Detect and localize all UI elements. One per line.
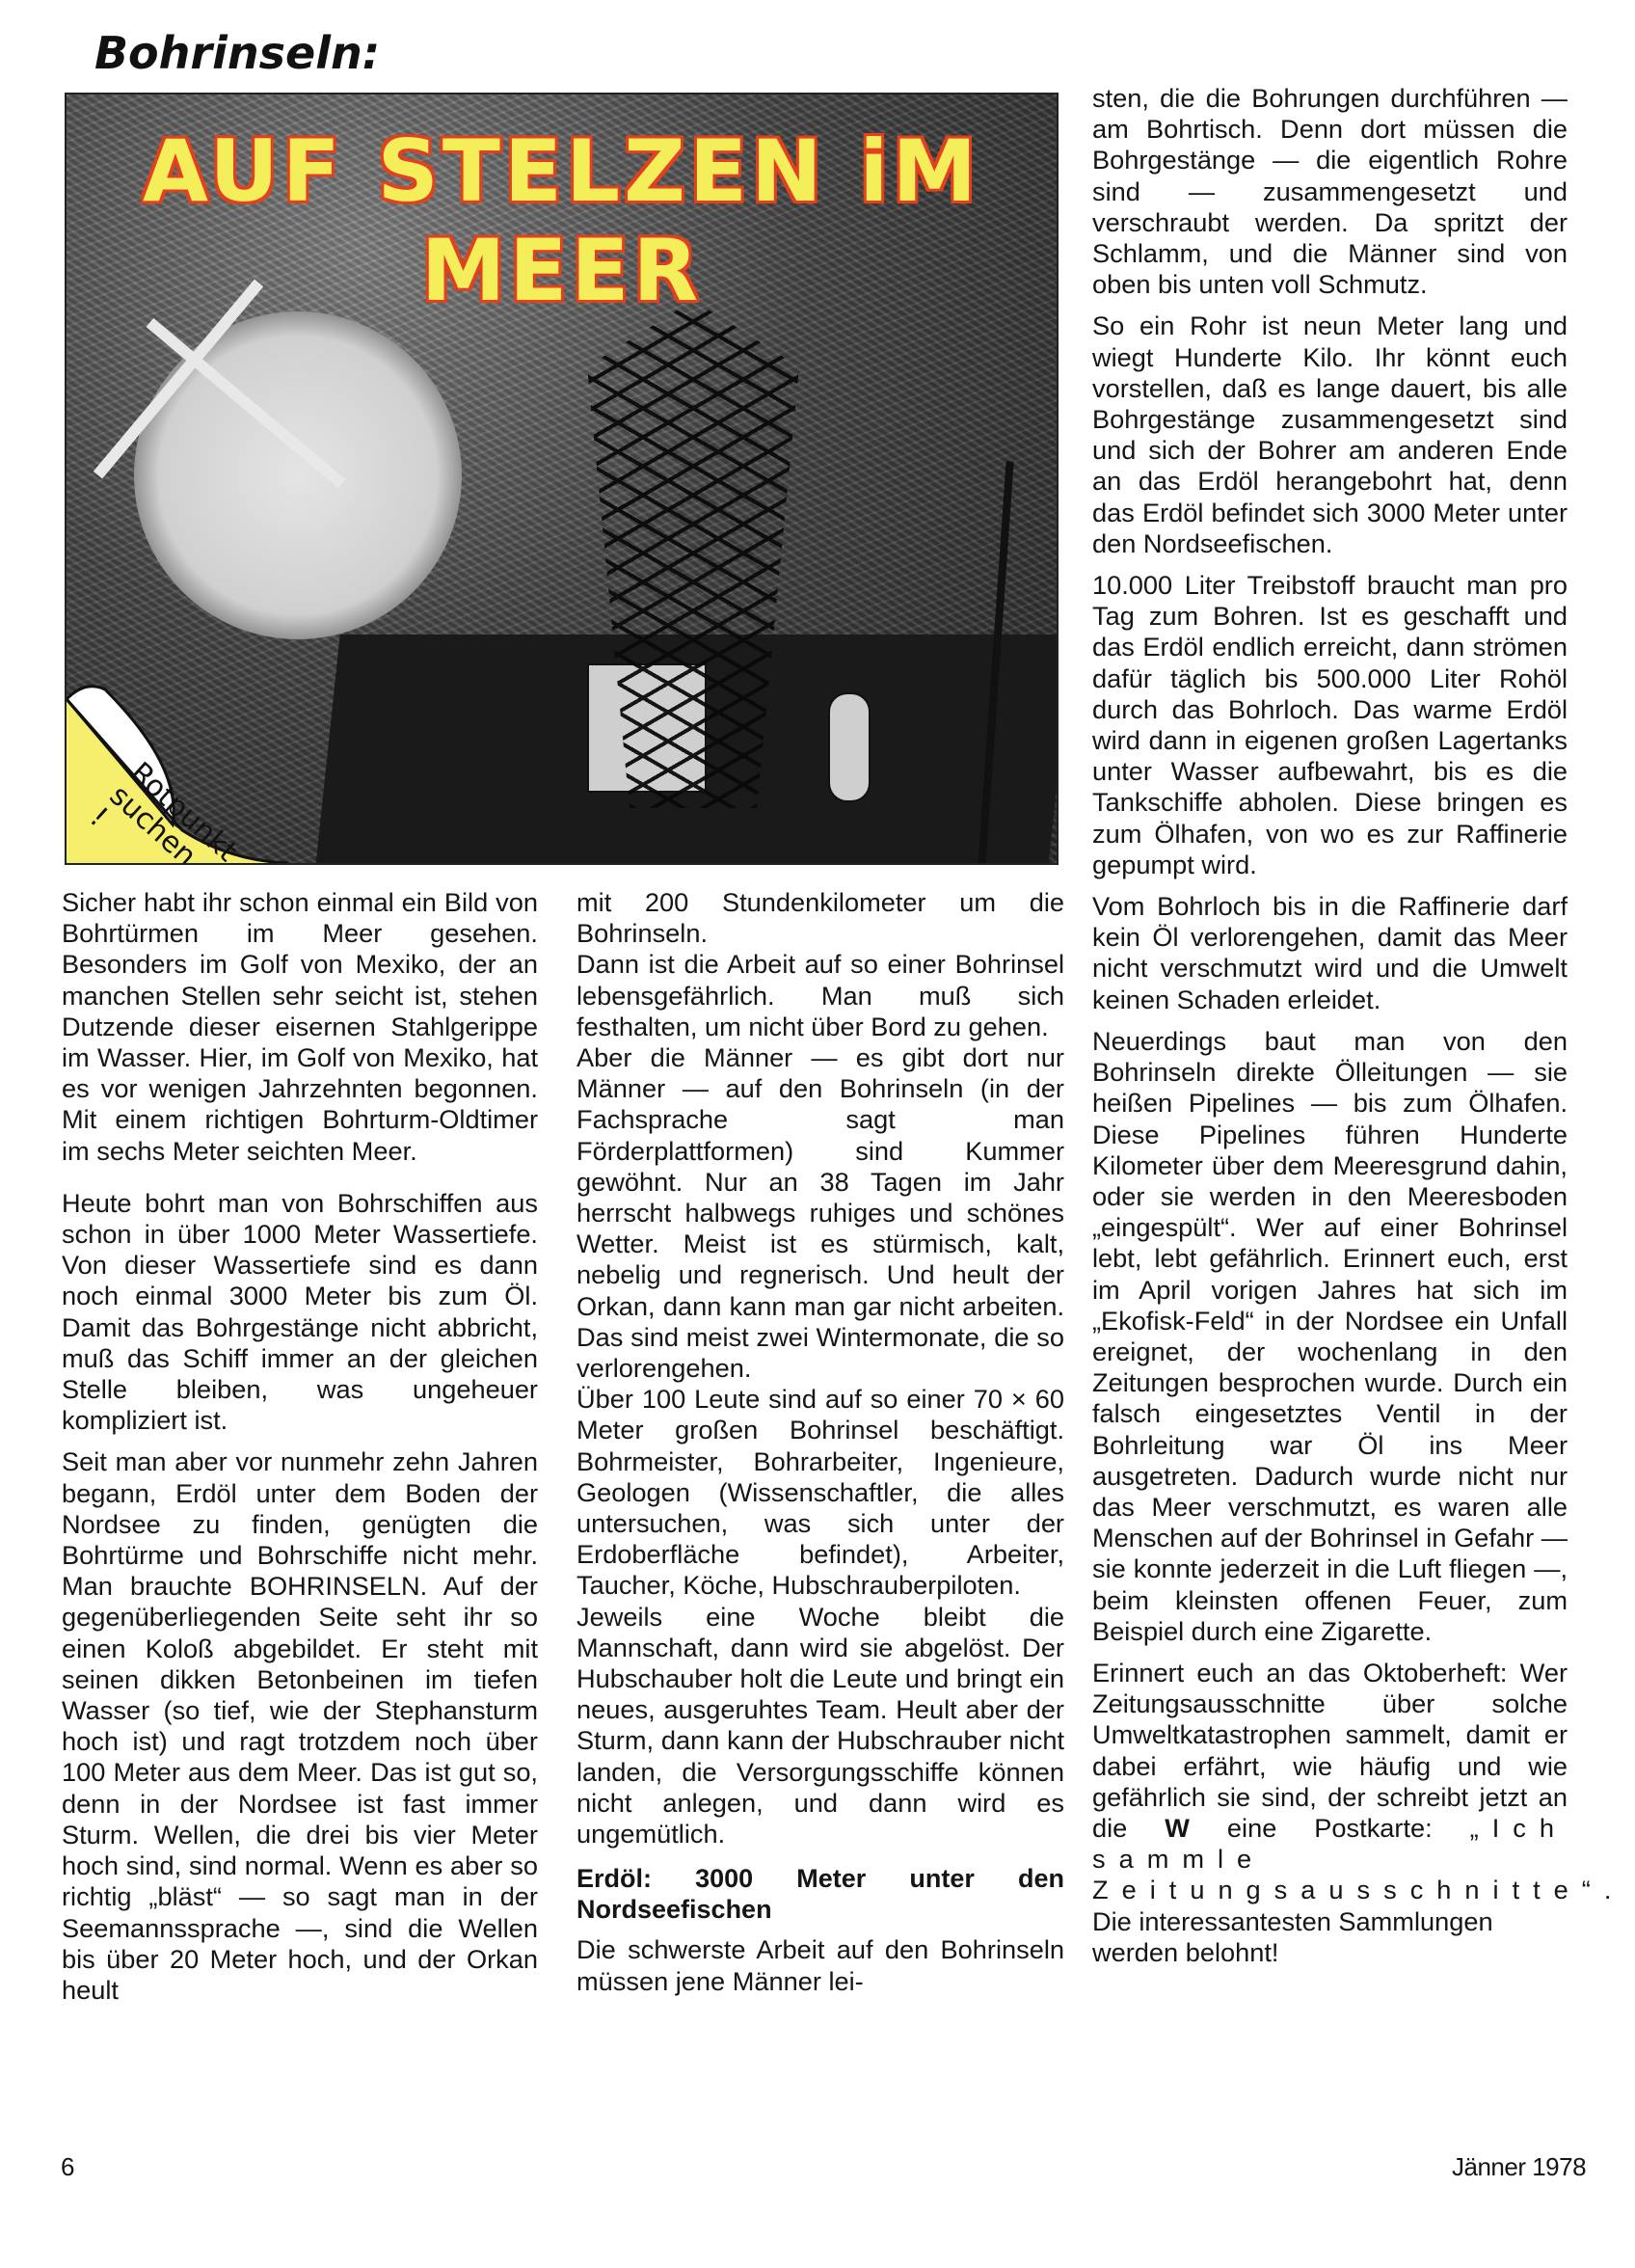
kicker-title: Bohrinseln: xyxy=(94,27,380,79)
column-middle: mit 200 Stundenkilometer um die Bohrinse… xyxy=(576,887,1064,2008)
paragraph: Über 100 Leute sind auf so einer 70 × 60… xyxy=(576,1384,1064,1601)
paragraph: 10.000 Liter Treibstoff braucht man pro … xyxy=(1092,570,1568,880)
page-number: 6 xyxy=(61,2152,74,2182)
photo-headline: AUF STELZEN iM MEER xyxy=(67,121,1057,320)
paragraph: Dann ist die Arbeit auf so einer Bohrins… xyxy=(576,949,1064,1042)
paragraph: Jeweils eine Woche bleibt die Mannschaft… xyxy=(576,1602,1064,1850)
article-photo: AUF STELZEN iM MEER Rotpunkt suchen ! xyxy=(65,93,1059,865)
paragraph: Aber die Männer — es gibt dort nur Männe… xyxy=(576,1042,1064,1384)
section-subheading: Erdöl: 3000 Meter unter den Nordseefisch… xyxy=(576,1863,1064,1925)
lifeboat xyxy=(828,692,871,802)
contest-closing: Die interessantesten Sammlungen werden b… xyxy=(1092,1906,1568,1968)
paragraph: Seit man aber vor nunmehr zehn Jahren be… xyxy=(62,1446,538,2006)
paragraph: So ein Rohr ist neun Meter lang und wieg… xyxy=(1092,310,1568,559)
issue-date: Jänner 1978 xyxy=(1452,2152,1586,2182)
paragraph: mit 200 Stundenkilometer um die Bohrinse… xyxy=(576,887,1064,949)
paragraph: Vom Bohrloch bis in die Raffinerie darf … xyxy=(1092,891,1568,1015)
paragraph-contest: Erinnert euch an das Oktoberheft: Wer Ze… xyxy=(1092,1658,1568,1906)
column-left: Sicher habt ihr schon einmal ein Bild vo… xyxy=(62,887,538,2016)
magazine-logo-letter: W xyxy=(1165,1813,1190,1843)
paragraph: Sicher habt ihr schon einmal ein Bild vo… xyxy=(62,887,538,1167)
contest-text: eine Postkarte: xyxy=(1190,1813,1470,1843)
paragraph: Heute bohrt man von Bohrschiffen aus sch… xyxy=(62,1188,538,1437)
paragraph: Die schwerste Arbeit auf den Bohrinseln … xyxy=(576,1934,1064,1996)
paragraph: sten, die die Bohrungen durchführen — am… xyxy=(1092,83,1568,300)
column-right: sten, die die Bohrungen durchführen — am… xyxy=(1092,83,1568,1979)
paragraph: Neuerdings baut man von den Bohrinseln d… xyxy=(1092,1026,1568,1647)
